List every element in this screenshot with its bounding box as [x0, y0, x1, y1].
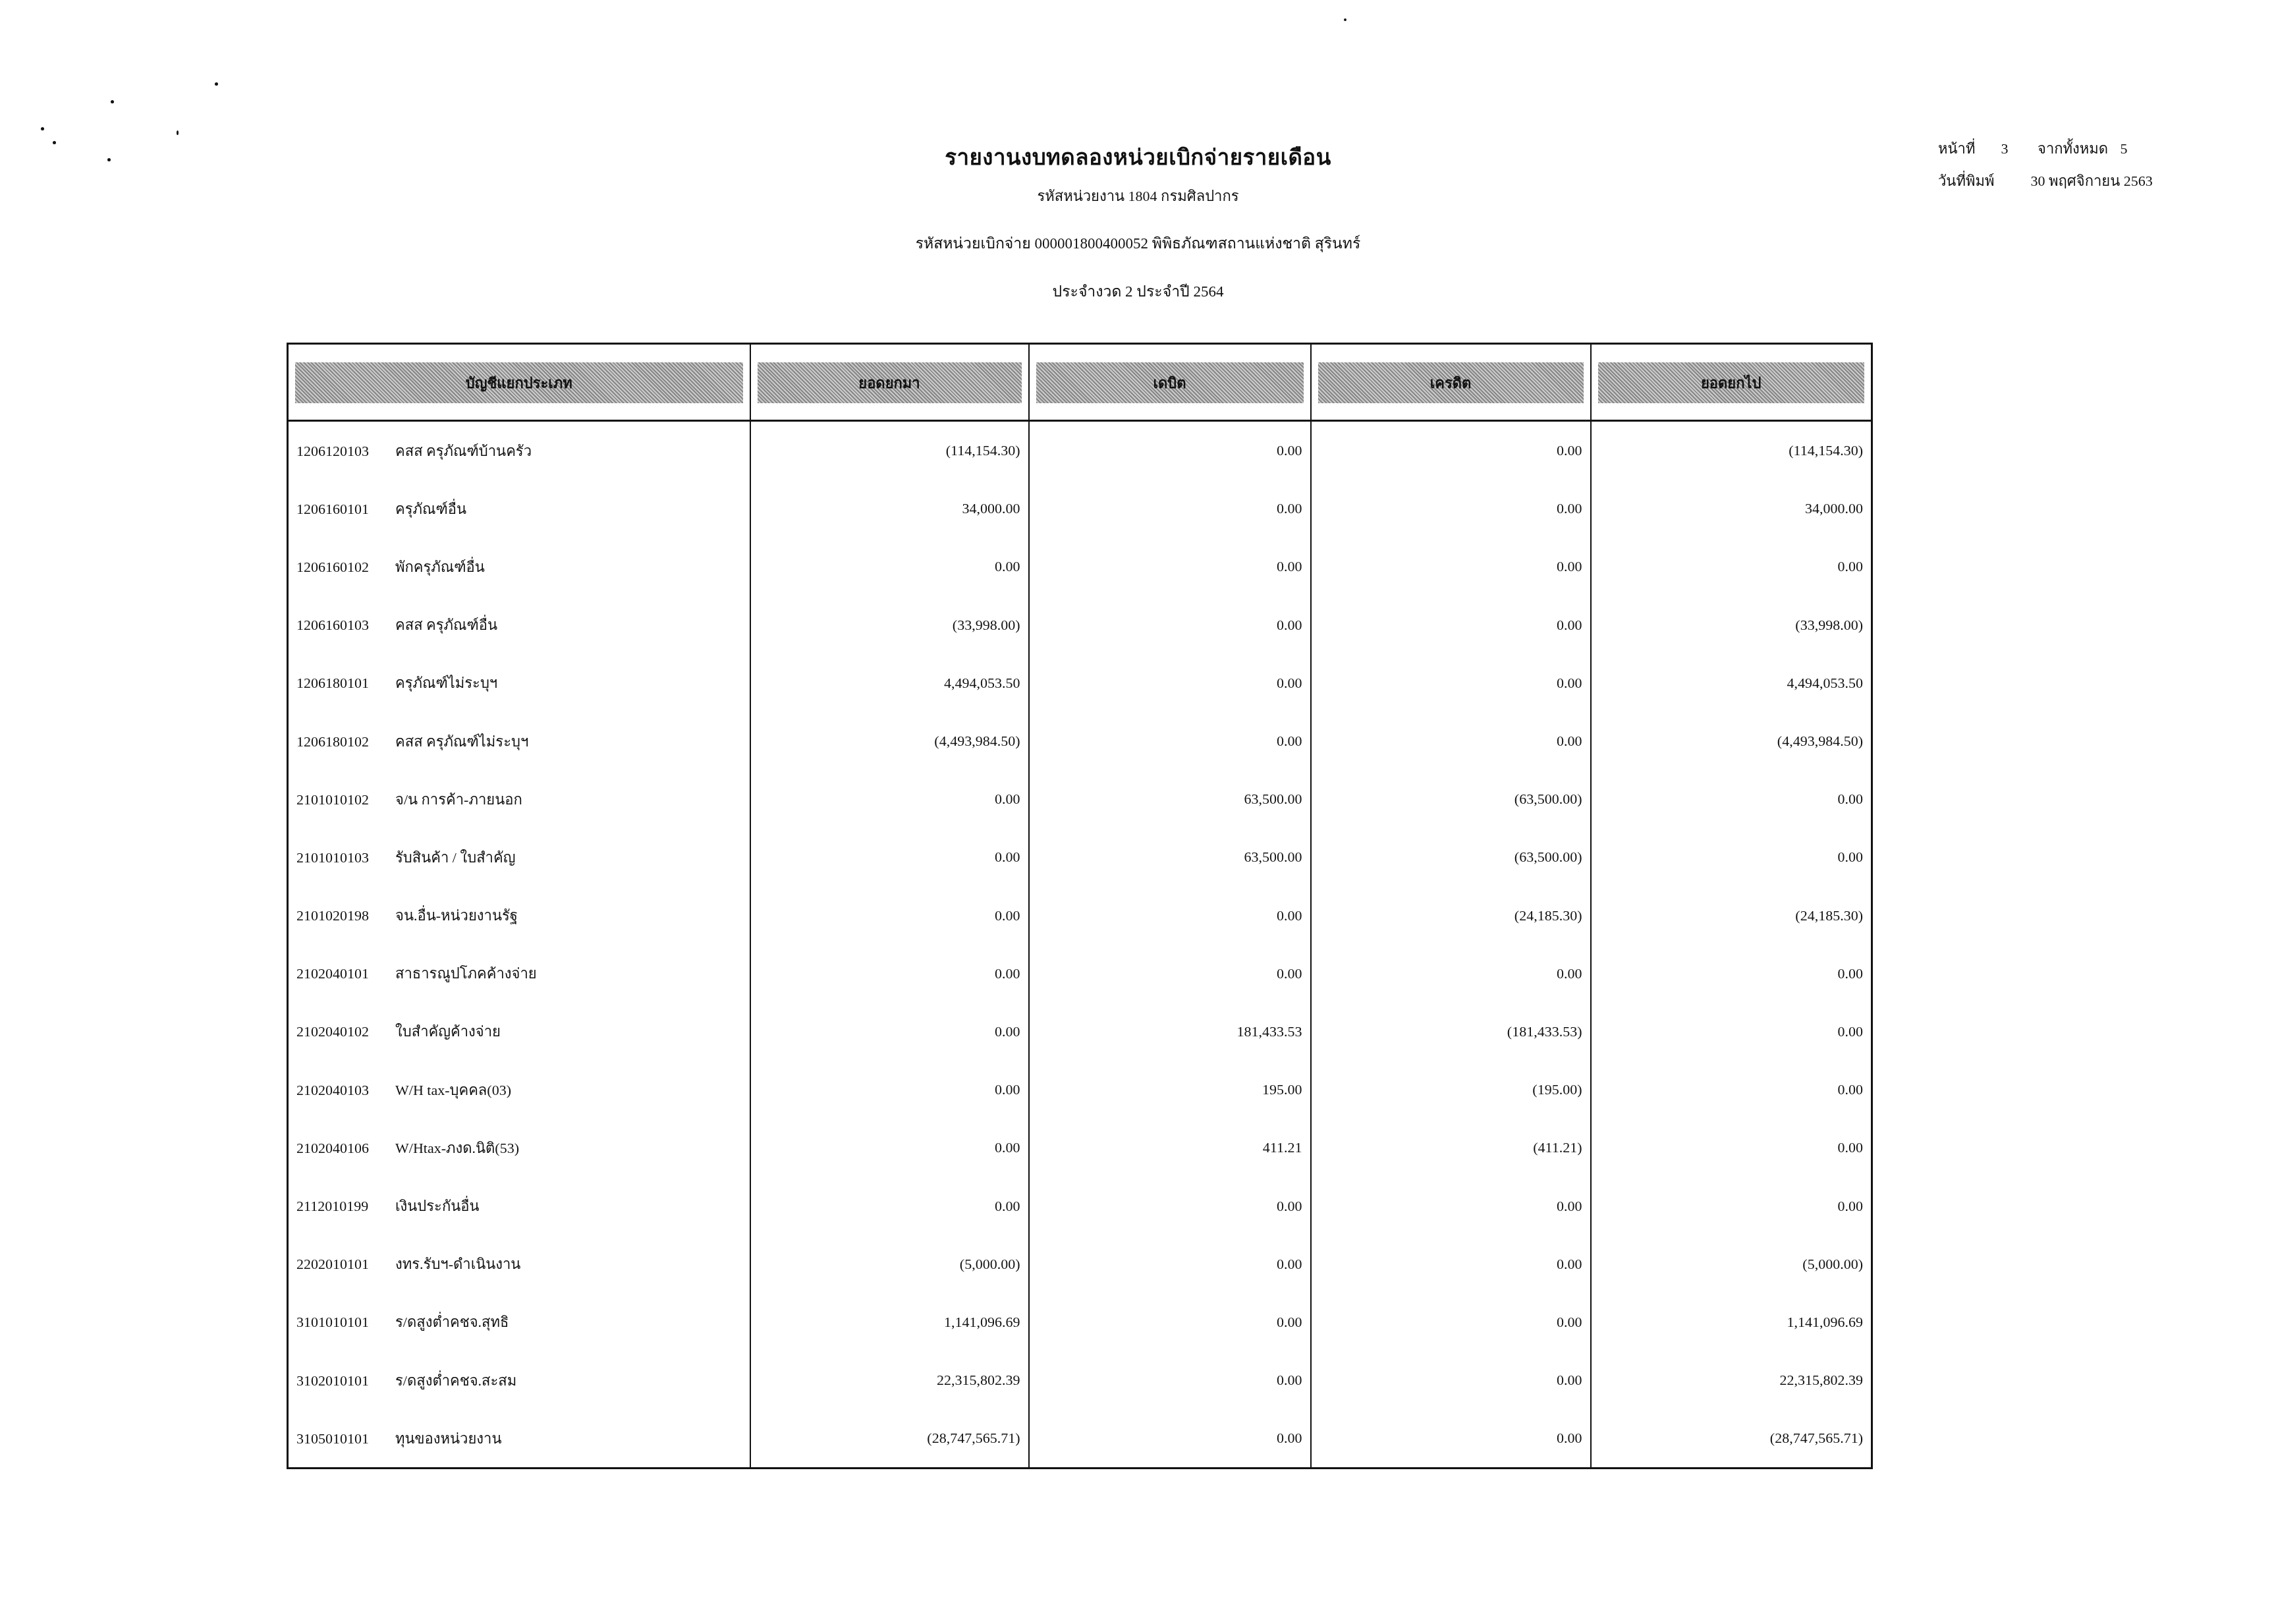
- carried-forward-cell: 0.00: [1591, 1061, 1872, 1119]
- carried-forward-cell: 34,000.00: [1591, 480, 1872, 538]
- debit-cell: 181,433.53: [1029, 1003, 1311, 1061]
- account-cell: 2202010101งทร.รับฯ-ดำเนินงาน: [288, 1235, 750, 1293]
- account-cell: 2102040103W/H tax-บุคคล(03): [288, 1061, 750, 1119]
- table-row: 2102040106W/Htax-ภงด.นิติ(53)0.00411.21(…: [288, 1119, 1872, 1177]
- account-name: คสส ครุภัณฑ์ไม่ระบุฯ: [395, 733, 528, 750]
- debit-cell: 0.00: [1029, 480, 1311, 538]
- account-code: 1206160101: [296, 501, 395, 518]
- account-code: 1206180102: [296, 733, 395, 750]
- brought-forward-cell: 0.00: [750, 1061, 1029, 1119]
- column-header-credit: เครดิต: [1311, 344, 1591, 421]
- debit-cell: 63,500.00: [1029, 828, 1311, 886]
- table-row: 2102040103W/H tax-บุคคล(03)0.00195.00(19…: [288, 1061, 1872, 1119]
- period-line: ประจำงวด 2 ประจำปี 2564: [0, 280, 2276, 304]
- account-name: งทร.รับฯ-ดำเนินงาน: [395, 1256, 520, 1272]
- debit-cell: 0.00: [1029, 538, 1311, 596]
- carried-forward-cell: (114,154.30): [1591, 421, 1872, 480]
- carried-forward-cell: (24,185.30): [1591, 887, 1872, 945]
- account-cell: 1206160103คสส ครุภัณฑ์อื่น: [288, 596, 750, 654]
- brought-forward-cell: 34,000.00: [750, 480, 1029, 538]
- carried-forward-cell: 0.00: [1591, 1177, 1872, 1235]
- account-code: 3105010101: [296, 1430, 395, 1447]
- table-row: 1206120103คสส ครุภัณฑ์บ้านครัว(114,154.3…: [288, 421, 1872, 480]
- account-name: W/H tax-บุคคล(03): [395, 1082, 511, 1098]
- carried-forward-cell: 0.00: [1591, 770, 1872, 828]
- account-name: จน.อื่น-หน่วยงานรัฐ: [395, 907, 518, 924]
- debit-cell: 0.00: [1029, 421, 1311, 480]
- account-code: 2101010102: [296, 791, 395, 808]
- credit-cell: 0.00: [1311, 1409, 1591, 1469]
- account-code: 2102040102: [296, 1023, 395, 1040]
- debit-cell: 411.21: [1029, 1119, 1311, 1177]
- brought-forward-cell: 0.00: [750, 887, 1029, 945]
- account-cell: 2112010199เงินประกันอื่น: [288, 1177, 750, 1235]
- account-name: ครุภัณฑ์อื่น: [395, 501, 466, 517]
- debit-cell: 0.00: [1029, 1409, 1311, 1469]
- table-row: 1206180101ครุภัณฑ์ไม่ระบุฯ4,494,053.500.…: [288, 654, 1872, 712]
- debit-cell: 0.00: [1029, 654, 1311, 712]
- print-date-line: วันที่พิมพ์ 30 พฤศจิกายน 2563: [1938, 169, 2153, 192]
- carried-forward-cell: 22,315,802.39: [1591, 1351, 1872, 1409]
- account-name: พักครุภัณฑ์อื่น: [395, 559, 485, 575]
- credit-cell: 0.00: [1311, 480, 1591, 538]
- credit-cell: 0.00: [1311, 421, 1591, 480]
- account-cell: 2102040101สาธารณูปโภคค้างจ่าย: [288, 945, 750, 1003]
- table-row: 3105010101ทุนของหน่วยงาน(28,747,565.71)0…: [288, 1409, 1872, 1469]
- credit-cell: 0.00: [1311, 1235, 1591, 1293]
- account-cell: 2101020198จน.อื่น-หน่วยงานรัฐ: [288, 887, 750, 945]
- account-cell: 1206160102พักครุภัณฑ์อื่น: [288, 538, 750, 596]
- table-row: 2101010102จ/น การค้า-ภายนอก0.0063,500.00…: [288, 770, 1872, 828]
- credit-cell: 0.00: [1311, 945, 1591, 1003]
- debit-cell: 0.00: [1029, 1235, 1311, 1293]
- credit-cell: 0.00: [1311, 654, 1591, 712]
- account-code: 2102040101: [296, 965, 395, 982]
- account-name: ทุนของหน่วยงาน: [395, 1430, 501, 1447]
- account-name: จ/น การค้า-ภายนอก: [395, 791, 522, 808]
- print-date: 30 พฤศจิกายน 2563: [2031, 169, 2153, 192]
- account-cell: 1206180101ครุภัณฑ์ไม่ระบุฯ: [288, 654, 750, 712]
- column-header-carried-forward: ยอดยกไป: [1591, 344, 1872, 421]
- table-header-row: บัญชีแยกประเภท ยอดยกมา เดบิต เครดิต ยอดย…: [288, 344, 1872, 421]
- debit-cell: 0.00: [1029, 1351, 1311, 1409]
- page-indicator: หน้าที่ 3 จากทั้งหมด 5: [1938, 137, 2128, 160]
- debit-cell: 0.00: [1029, 596, 1311, 654]
- debit-cell: 0.00: [1029, 1293, 1311, 1351]
- credit-cell: 0.00: [1311, 712, 1591, 770]
- account-name: ร/ดสูงต่ำคชจ.สะสม: [395, 1372, 516, 1389]
- table-row: 1206160103คสส ครุภัณฑ์อื่น(33,998.00)0.0…: [288, 596, 1872, 654]
- brought-forward-cell: 0.00: [750, 1119, 1029, 1177]
- account-code: 2101020198: [296, 907, 395, 924]
- brought-forward-cell: 0.00: [750, 1177, 1029, 1235]
- table-row: 1206160101ครุภัณฑ์อื่น34,000.000.000.003…: [288, 480, 1872, 538]
- scan-speck: [215, 82, 218, 86]
- brought-forward-cell: 0.00: [750, 828, 1029, 886]
- credit-cell: (24,185.30): [1311, 887, 1591, 945]
- print-date-label: วันที่พิมพ์: [1938, 169, 2027, 192]
- disbursing-unit-line: รหัสหน่วยเบิกจ่าย 000001800400052 พิพิธภ…: [0, 232, 2276, 256]
- account-code: 1206160102: [296, 559, 395, 576]
- carried-forward-cell: (5,000.00): [1591, 1235, 1872, 1293]
- account-code: 1206160103: [296, 617, 395, 634]
- account-name: เงินประกันอื่น: [395, 1198, 480, 1214]
- account-cell: 1206160101ครุภัณฑ์อื่น: [288, 480, 750, 538]
- brought-forward-cell: (33,998.00): [750, 596, 1029, 654]
- report-title: รายงานงบทดลองหน่วยเบิกจ่ายรายเดือน: [0, 140, 2276, 175]
- table-row: 1206180102คสส ครุภัณฑ์ไม่ระบุฯ(4,493,984…: [288, 712, 1872, 770]
- account-name: คสส ครุภัณฑ์บ้านครัว: [395, 443, 532, 459]
- page-number: 3: [2001, 140, 2034, 157]
- credit-cell: (411.21): [1311, 1119, 1591, 1177]
- table-row: 2102040102ใบสำคัญค้างจ่าย0.00181,433.53(…: [288, 1003, 1872, 1061]
- total-label: จากทั้งหมด: [2038, 137, 2117, 160]
- brought-forward-cell: (5,000.00): [750, 1235, 1029, 1293]
- account-name: รับสินค้า / ใบสำคัญ: [395, 849, 515, 866]
- table-row: 2101010103รับสินค้า / ใบสำคัญ0.0063,500.…: [288, 828, 1872, 886]
- debit-cell: 0.00: [1029, 945, 1311, 1003]
- brought-forward-cell: 4,494,053.50: [750, 654, 1029, 712]
- carried-forward-cell: 4,494,053.50: [1591, 654, 1872, 712]
- total-pages: 5: [2121, 140, 2128, 157]
- account-name: W/Htax-ภงด.นิติ(53): [395, 1140, 519, 1156]
- debit-cell: 63,500.00: [1029, 770, 1311, 828]
- debit-cell: 195.00: [1029, 1061, 1311, 1119]
- carried-forward-cell: 0.00: [1591, 828, 1872, 886]
- account-code: 2102040106: [296, 1140, 395, 1157]
- credit-cell: 0.00: [1311, 538, 1591, 596]
- table-row: 2112010199เงินประกันอื่น0.000.000.000.00: [288, 1177, 1872, 1235]
- scan-speck: [1344, 18, 1346, 21]
- carried-forward-cell: 0.00: [1591, 1003, 1872, 1061]
- account-code: 2102040103: [296, 1082, 395, 1099]
- agency-line: รหัสหน่วยงาน 1804 กรมศิลปากร: [0, 184, 2276, 208]
- brought-forward-cell: 0.00: [750, 538, 1029, 596]
- table-row: 2202010101งทร.รับฯ-ดำเนินงาน(5,000.00)0.…: [288, 1235, 1872, 1293]
- carried-forward-cell: 1,141,096.69: [1591, 1293, 1872, 1351]
- column-header-brought-forward: ยอดยกมา: [750, 344, 1029, 421]
- credit-cell: 0.00: [1311, 1351, 1591, 1409]
- carried-forward-cell: (33,998.00): [1591, 596, 1872, 654]
- account-cell: 1206120103คสส ครุภัณฑ์บ้านครัว: [288, 421, 750, 480]
- credit-cell: (195.00): [1311, 1061, 1591, 1119]
- account-name: ร/ดสูงต่ำคชจ.สุทธิ: [395, 1314, 509, 1330]
- table-row: 1206160102พักครุภัณฑ์อื่น0.000.000.000.0…: [288, 538, 1872, 596]
- table-row: 3102010101ร/ดสูงต่ำคชจ.สะสม22,315,802.39…: [288, 1351, 1872, 1409]
- account-name: ใบสำคัญค้างจ่าย: [395, 1023, 501, 1040]
- debit-cell: 0.00: [1029, 1177, 1311, 1235]
- account-cell: 2101010103รับสินค้า / ใบสำคัญ: [288, 828, 750, 886]
- brought-forward-cell: (114,154.30): [750, 421, 1029, 480]
- scan-speck: [41, 127, 44, 130]
- carried-forward-cell: 0.00: [1591, 538, 1872, 596]
- carried-forward-cell: 0.00: [1591, 945, 1872, 1003]
- credit-cell: 0.00: [1311, 596, 1591, 654]
- brought-forward-cell: 0.00: [750, 770, 1029, 828]
- table-row: 2102040101สาธารณูปโภคค้างจ่าย0.000.000.0…: [288, 945, 1872, 1003]
- credit-cell: (63,500.00): [1311, 770, 1591, 828]
- account-name: คสส ครุภัณฑ์อื่น: [395, 617, 497, 633]
- brought-forward-cell: (28,747,565.71): [750, 1409, 1029, 1469]
- carried-forward-cell: (28,747,565.71): [1591, 1409, 1872, 1469]
- account-cell: 3101010101ร/ดสูงต่ำคชจ.สุทธิ: [288, 1293, 750, 1351]
- trial-balance-table: บัญชีแยกประเภท ยอดยกมา เดบิต เครดิต ยอดย…: [287, 343, 1873, 1469]
- carried-forward-cell: 0.00: [1591, 1119, 1872, 1177]
- account-cell: 1206180102คสส ครุภัณฑ์ไม่ระบุฯ: [288, 712, 750, 770]
- account-code: 3102010101: [296, 1372, 395, 1389]
- account-code: 1206120103: [296, 443, 395, 460]
- credit-cell: 0.00: [1311, 1177, 1591, 1235]
- credit-cell: (63,500.00): [1311, 828, 1591, 886]
- table-row: 2101020198จน.อื่น-หน่วยงานรัฐ0.000.00(24…: [288, 887, 1872, 945]
- debit-cell: 0.00: [1029, 887, 1311, 945]
- account-cell: 3102010101ร/ดสูงต่ำคชจ.สะสม: [288, 1351, 750, 1409]
- account-cell: 2102040106W/Htax-ภงด.นิติ(53): [288, 1119, 750, 1177]
- credit-cell: (181,433.53): [1311, 1003, 1591, 1061]
- account-name: ครุภัณฑ์ไม่ระบุฯ: [395, 675, 497, 691]
- account-code: 1206180101: [296, 675, 395, 692]
- account-cell: 2101010102จ/น การค้า-ภายนอก: [288, 770, 750, 828]
- brought-forward-cell: 0.00: [750, 945, 1029, 1003]
- account-code: 2101010103: [296, 849, 395, 866]
- debit-cell: 0.00: [1029, 712, 1311, 770]
- column-header-debit: เดบิต: [1029, 344, 1311, 421]
- account-code: 2112010199: [296, 1198, 395, 1215]
- brought-forward-cell: 0.00: [750, 1003, 1029, 1061]
- account-cell: 2102040102ใบสำคัญค้างจ่าย: [288, 1003, 750, 1061]
- carried-forward-cell: (4,493,984.50): [1591, 712, 1872, 770]
- brought-forward-cell: 22,315,802.39: [750, 1351, 1029, 1409]
- column-header-account: บัญชีแยกประเภท: [288, 344, 750, 421]
- credit-cell: 0.00: [1311, 1293, 1591, 1351]
- brought-forward-cell: (4,493,984.50): [750, 712, 1029, 770]
- page-label: หน้าที่: [1938, 137, 1997, 160]
- scan-speck: [111, 100, 114, 103]
- brought-forward-cell: 1,141,096.69: [750, 1293, 1029, 1351]
- account-cell: 3105010101ทุนของหน่วยงาน: [288, 1409, 750, 1469]
- account-name: สาธารณูปโภคค้างจ่าย: [395, 965, 537, 982]
- account-code: 2202010101: [296, 1256, 395, 1273]
- scan-speck: [177, 130, 179, 135]
- table-row: 3101010101ร/ดสูงต่ำคชจ.สุทธิ1,141,096.69…: [288, 1293, 1872, 1351]
- account-code: 3101010101: [296, 1314, 395, 1331]
